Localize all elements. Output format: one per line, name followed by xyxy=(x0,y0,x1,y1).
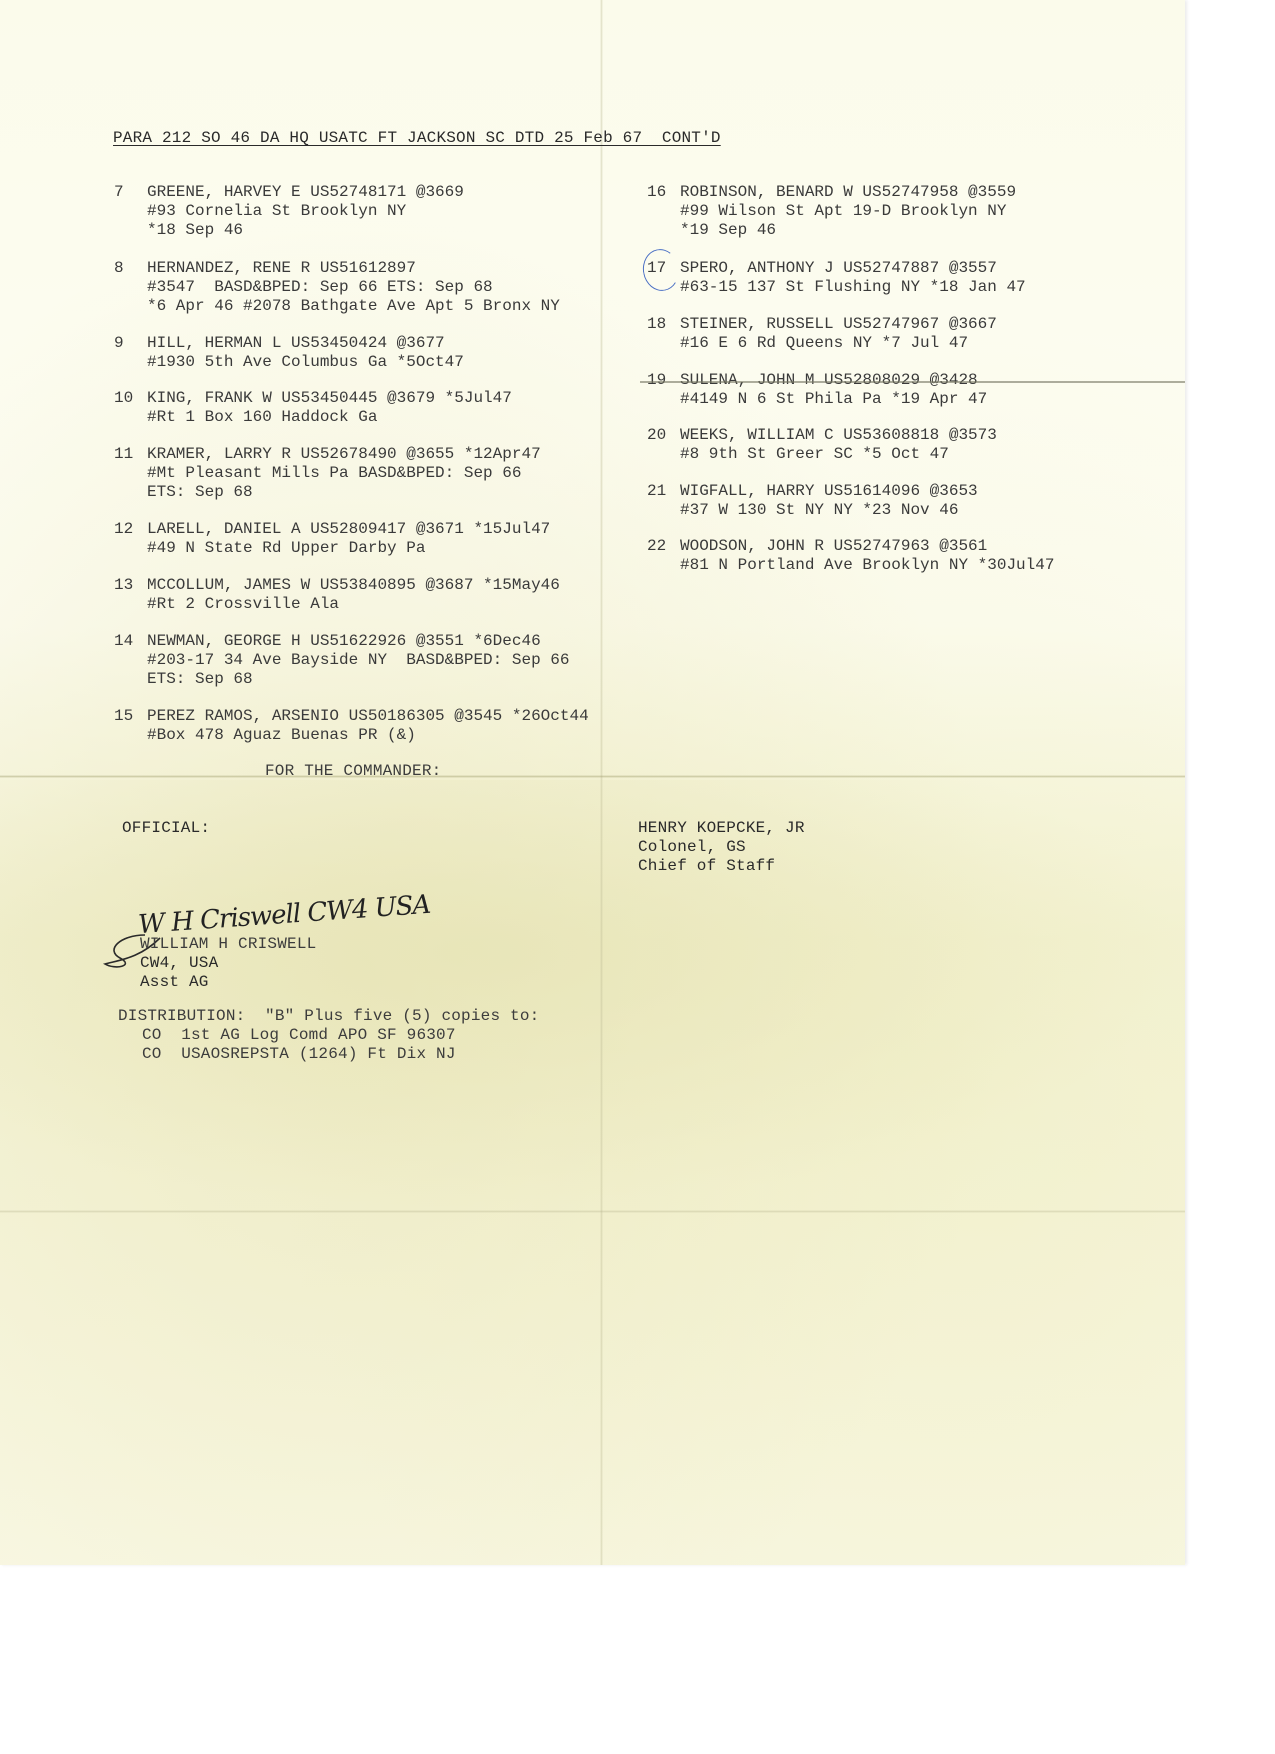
entry-detail-line: *6 Apr 46 #2078 Bathgate Ave Apt 5 Bronx… xyxy=(114,297,560,316)
entry-detail-line: #Rt 2 Crossville Ala xyxy=(114,595,560,614)
roster-entry: 13MCCOLLUM, JAMES W US53840895 @3687 *15… xyxy=(114,576,560,614)
entry-number: 16 xyxy=(647,183,680,202)
entry-name-line: 16ROBINSON, BENARD W US52747958 @3559 xyxy=(647,183,1016,202)
entry-detail-line: #4149 N 6 St Phila Pa *19 Apr 47 xyxy=(647,390,987,409)
roster-entry: 15PEREZ RAMOS, ARSENIO US50186305 @3545 … xyxy=(114,707,589,745)
entry-detail-line: #81 N Portland Ave Brooklyn NY *30Jul47 xyxy=(647,556,1054,575)
roster-entry: 14NEWMAN, GEORGE H US51622926 @3551 *6De… xyxy=(114,632,569,689)
entry-name-line: 21WIGFALL, HARRY US51614096 @3653 xyxy=(647,482,978,501)
fold-crease-vertical xyxy=(600,0,603,1565)
roster-entry: 22WOODSON, JOHN R US52747963 @3561#81 N … xyxy=(647,537,1054,575)
entry-detail-line: #Mt Pleasant Mills Pa BASD&BPED: Sep 66 xyxy=(114,464,541,483)
entry-number: 15 xyxy=(114,707,147,726)
signer-name: WILLIAM H CRISWELL xyxy=(140,935,316,954)
entry-name-line: 17SPERO, ANTHONY J US52747887 @3557 xyxy=(647,259,1026,278)
entry-detail-line: #8 9th St Greer SC *5 Oct 47 xyxy=(647,445,997,464)
distribution-recipient: CO 1st AG Log Comd APO SF 96307 xyxy=(142,1026,456,1045)
strikethrough-line xyxy=(640,381,1185,383)
entry-name-line: 15PEREZ RAMOS, ARSENIO US50186305 @3545 … xyxy=(114,707,589,726)
commander-title: Chief of Staff xyxy=(638,857,775,876)
entry-name-line: 20WEEKS, WILLIAM C US53608818 @3573 xyxy=(647,426,997,445)
roster-entry: 16ROBINSON, BENARD W US52747958 @3559#99… xyxy=(647,183,1016,240)
entry-detail-line: #49 N State Rd Upper Darby Pa xyxy=(114,539,550,558)
for-the-commander: FOR THE COMMANDER: xyxy=(265,762,441,781)
entry-number: 14 xyxy=(114,632,147,651)
roster-entry: 11KRAMER, LARRY R US52678490 @3655 *12Ap… xyxy=(114,445,541,502)
signer-rank: CW4, USA xyxy=(140,954,218,973)
entry-detail-line: #1930 5th Ave Columbus Ga *5Oct47 xyxy=(114,353,464,372)
entry-name-line: 7GREENE, HARVEY E US52748171 @3669 xyxy=(114,183,464,202)
entry-detail-line: ETS: Sep 68 xyxy=(114,670,569,689)
entry-detail-line: #16 E 6 Rd Queens NY *7 Jul 47 xyxy=(647,334,997,353)
roster-entry: 10KING, FRANK W US53450445 @3679 *5Jul47… xyxy=(114,389,512,427)
distribution-recipient: CO USAOSREPSTA (1264) Ft Dix NJ xyxy=(142,1045,456,1064)
roster-entry: 7GREENE, HARVEY E US52748171 @3669#93 Co… xyxy=(114,183,464,240)
entry-name-line: 11KRAMER, LARRY R US52678490 @3655 *12Ap… xyxy=(114,445,541,464)
roster-entry: 17SPERO, ANTHONY J US52747887 @3557#63-1… xyxy=(647,259,1026,297)
entry-number: 13 xyxy=(114,576,147,595)
roster-entry: 18STEINER, RUSSELL US52747967 @3667#16 E… xyxy=(647,315,997,353)
roster-entry: 20WEEKS, WILLIAM C US53608818 @3573#8 9t… xyxy=(647,426,997,464)
entry-number: 10 xyxy=(114,389,147,408)
commander-rank: Colonel, GS xyxy=(638,838,746,857)
official-label: OFFICIAL: xyxy=(122,819,210,838)
entry-detail-line: #37 W 130 St NY NY *23 Nov 46 xyxy=(647,501,978,520)
entry-detail-line: *19 Sep 46 xyxy=(647,221,1016,240)
entry-detail-line: #203-17 34 Ave Bayside NY BASD&BPED: Sep… xyxy=(114,651,569,670)
entry-detail-line: #63-15 137 St Flushing NY *18 Jan 47 xyxy=(647,278,1026,297)
roster-entry: 12LARELL, DANIEL A US52809417 @3671 *15J… xyxy=(114,520,550,558)
entry-number: 12 xyxy=(114,520,147,539)
entry-name-line: 22WOODSON, JOHN R US52747963 @3561 xyxy=(647,537,1054,556)
entry-name-line: 13MCCOLLUM, JAMES W US53840895 @3687 *15… xyxy=(114,576,560,595)
fold-crease-horizontal-lower xyxy=(0,1210,1185,1213)
entry-name-line: 14NEWMAN, GEORGE H US51622926 @3551 *6De… xyxy=(114,632,569,651)
entry-name-line: 8HERNANDEZ, RENE R US51612897 xyxy=(114,259,560,278)
signer-title: Asst AG xyxy=(140,973,209,992)
paper-stain xyxy=(0,780,1185,1210)
entry-number: 18 xyxy=(647,315,680,334)
document-page: PARA 212 SO 46 DA HQ USATC FT JACKSON SC… xyxy=(0,0,1185,1565)
entry-name-line: 10KING, FRANK W US53450445 @3679 *5Jul47 xyxy=(114,389,512,408)
entry-number: 7 xyxy=(114,183,147,202)
entry-detail-line: #Rt 1 Box 160 Haddock Ga xyxy=(114,408,512,427)
distribution-label: DISTRIBUTION: "B" Plus five (5) copies t… xyxy=(118,1007,539,1026)
entry-detail-line: #93 Cornelia St Brooklyn NY xyxy=(114,202,464,221)
entry-detail-line: #3547 BASD&BPED: Sep 66 ETS: Sep 68 xyxy=(114,278,560,297)
fold-crease-horizontal-upper xyxy=(0,775,1185,778)
entry-number: 8 xyxy=(114,259,147,278)
entry-detail-line: #99 Wilson St Apt 19-D Brooklyn NY xyxy=(647,202,1016,221)
roster-entry: 21WIGFALL, HARRY US51614096 @3653#37 W 1… xyxy=(647,482,978,520)
entry-name-line: 12LARELL, DANIEL A US52809417 @3671 *15J… xyxy=(114,520,550,539)
entry-number: 9 xyxy=(114,334,147,353)
entry-number: 22 xyxy=(647,537,680,556)
entry-number: 20 xyxy=(647,426,680,445)
entry-number: 11 xyxy=(114,445,147,464)
entry-detail-line: #Box 478 Aguaz Buenas PR (&) xyxy=(114,726,589,745)
entry-name-line: 9HILL, HERMAN L US53450424 @3677 xyxy=(114,334,464,353)
roster-entry: 19SULENA, JOHN M US52808029 @3428#4149 N… xyxy=(647,371,987,409)
entry-detail-line: *18 Sep 46 xyxy=(114,221,464,240)
document-header: PARA 212 SO 46 DA HQ USATC FT JACKSON SC… xyxy=(113,129,721,148)
commander-name: HENRY KOEPCKE, JR xyxy=(638,819,805,838)
roster-entry: 9HILL, HERMAN L US53450424 @3677#1930 5t… xyxy=(114,334,464,372)
roster-entry: 8HERNANDEZ, RENE R US51612897#3547 BASD&… xyxy=(114,259,560,316)
entry-number: 21 xyxy=(647,482,680,501)
entry-name-line: 18STEINER, RUSSELL US52747967 @3667 xyxy=(647,315,997,334)
entry-detail-line: ETS: Sep 68 xyxy=(114,483,541,502)
